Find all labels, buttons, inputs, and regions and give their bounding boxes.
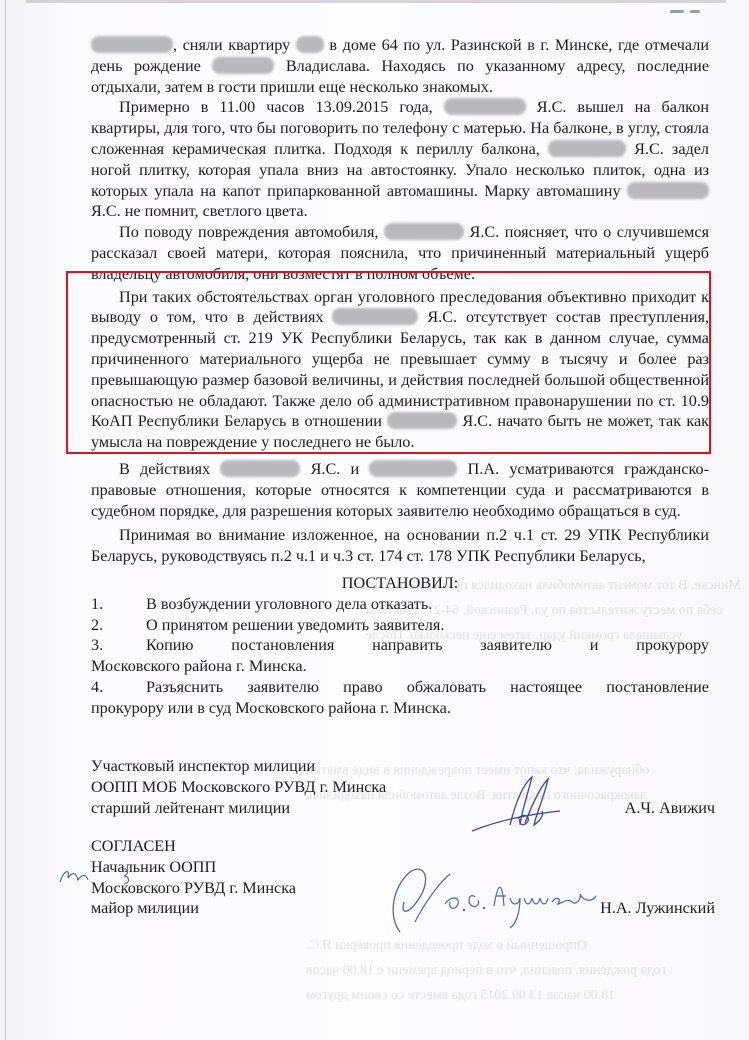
resolution-text-continued: прокурору или в суд Московского района г… bbox=[91, 698, 709, 719]
bleed-through-text: Опрошенный в ходе проведения проверки Я.… bbox=[306, 935, 587, 956]
signatory-title: Участковый инспектор милиции bbox=[91, 756, 709, 777]
resolution-item: 2. О принятом решении уведомить заявител… bbox=[91, 615, 709, 636]
bleed-through-text: 18.00 часов 13.09.2015 года вместе со св… bbox=[306, 985, 615, 1006]
resolution-text: В возбуждении уголовного дела отказать. bbox=[146, 594, 709, 615]
resolution-item: 4. Разъяснить заявителю право обжаловать… bbox=[91, 677, 709, 698]
resolution-text: Разъяснить заявителю право обжаловать на… bbox=[146, 677, 709, 698]
resolution-text: О принятом решении уведомить заявителя. bbox=[146, 615, 709, 636]
resolution-number: 4. bbox=[91, 677, 146, 698]
paragraph-6: Принимая во внимание изложенное, на осно… bbox=[91, 525, 709, 567]
paragraph-text: Я.С. не помнит, светлого цвета. bbox=[91, 202, 308, 220]
signatory-rank: старший лейтенант милиции bbox=[91, 798, 290, 819]
resolutions-list: 1. В возбуждении уголовного дела отказат… bbox=[91, 594, 709, 719]
resolution-text-continued: Московского района г. Минска. bbox=[91, 656, 709, 677]
signatory-department: ООПП МОБ Московского РУВД г. Минска bbox=[91, 777, 709, 798]
approver-rank: майор милиции bbox=[91, 898, 199, 919]
redacted-name bbox=[548, 140, 626, 157]
resolution-number: 3. bbox=[91, 635, 146, 656]
staple-mark bbox=[670, 10, 684, 13]
redacted-apartment-number bbox=[296, 36, 324, 53]
redacted-name bbox=[212, 57, 274, 74]
paragraph-5: В действиях Я.С. и П.А. усматриваются гр… bbox=[91, 459, 709, 521]
page-top-edge bbox=[26, 0, 726, 3]
staple-mark bbox=[690, 10, 700, 13]
signature-approver bbox=[370, 862, 620, 937]
paragraph-text: По поводу повреждения автомобиля, bbox=[119, 223, 378, 241]
signatory-block-inspector: Участковый инспектор милиции ООПП МОБ Мо… bbox=[91, 756, 709, 818]
signature-inspector bbox=[470, 775, 570, 835]
paragraph-text: Принимая во внимание изложенное, на осно… bbox=[91, 526, 709, 565]
handwritten-annotation bbox=[58, 862, 138, 892]
redacted-name bbox=[220, 460, 300, 477]
redacted-name bbox=[444, 98, 526, 115]
paragraph-text: В действиях bbox=[119, 460, 210, 478]
highlight-rectangle bbox=[66, 271, 711, 454]
paragraph-2: Примерно в 11.00 часов 13.09.2015 года, … bbox=[91, 97, 709, 222]
resolution-number: 2. bbox=[91, 615, 146, 636]
approval-label: СОГЛАСЕН bbox=[91, 836, 709, 857]
resolution-number: 1. bbox=[91, 594, 146, 615]
redacted-name bbox=[369, 460, 457, 477]
bleed-through-text: года рождения, пояснил, что в период вре… bbox=[306, 960, 666, 981]
redacted-name bbox=[627, 182, 709, 199]
redacted-name bbox=[91, 36, 173, 53]
paragraph-text: Примерно в 11.00 часов 13.09.2015 года, bbox=[119, 98, 433, 116]
resolution-heading: ПОСТАНОВИЛ: bbox=[91, 573, 709, 594]
resolution-text: Копию постановления направить заявителю … bbox=[146, 635, 709, 656]
paragraph-text: , сняли квартиру bbox=[173, 36, 290, 54]
resolution-item: 3. Копию постановления направить заявите… bbox=[91, 635, 709, 656]
resolution-item: 1. В возбуждении уголовного дела отказат… bbox=[91, 594, 709, 615]
redacted-name bbox=[384, 223, 464, 240]
signatory-name: А.Ч. Авижич bbox=[625, 798, 715, 819]
paragraph-text: Я.С. и bbox=[311, 460, 360, 478]
